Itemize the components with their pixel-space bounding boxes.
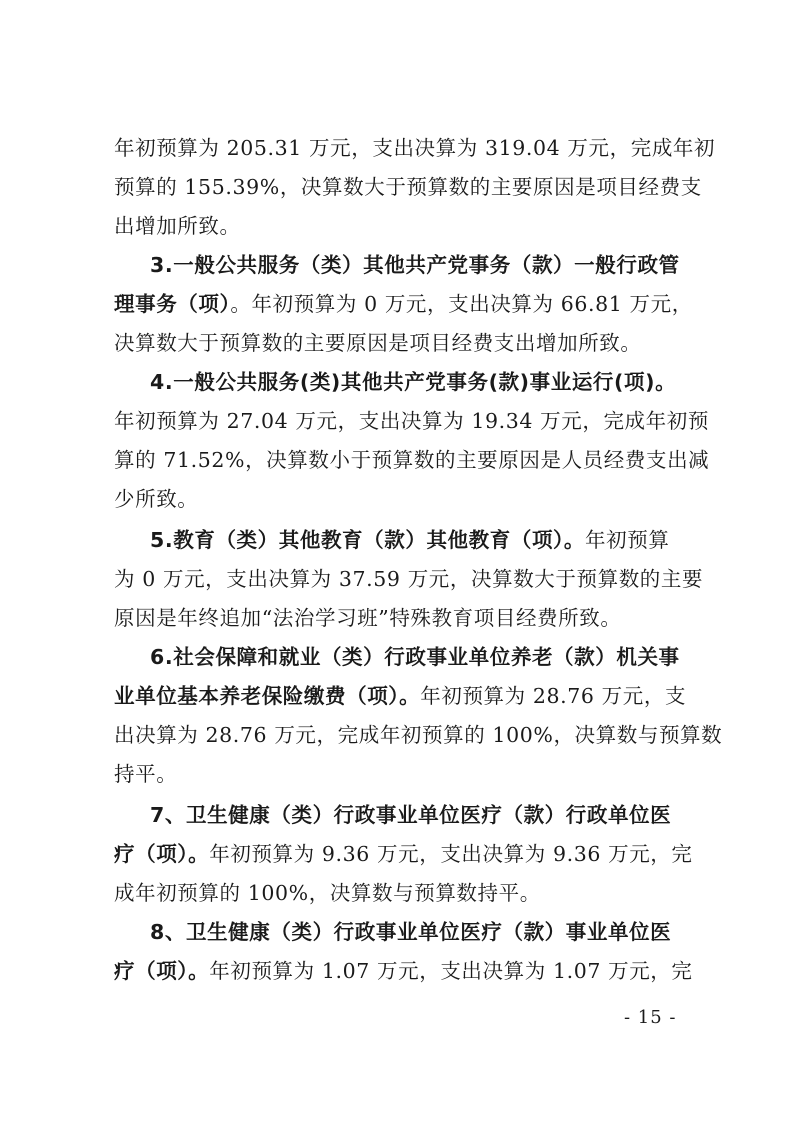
item-heading: 4.一般公共服务(类)其他共产党事务(款)事业运行(项)。: [150, 370, 676, 394]
text-line: 业单位基本养老保险缴费（项）。年初预算为 28.76 万元，支: [114, 682, 684, 710]
item-heading: 疗（项）。: [114, 959, 209, 983]
body-text: 决算数大于预算数的主要原因是项目经费支出增加所致。: [114, 331, 642, 355]
item-heading: 业单位基本养老保险缴费（项）。: [114, 684, 420, 708]
text-line: 4.一般公共服务(类)其他共产党事务(款)事业运行(项)。: [150, 368, 684, 396]
text-line: 年初预算为 205.31 万元，支出决算为 319.04 万元，完成年初: [114, 134, 684, 162]
text-line: 预算的 155.39%，决算数大于预算数的主要原因是项目经费支: [114, 173, 684, 201]
item-heading: 疗（项）。: [114, 842, 209, 866]
text-line: 少所致。: [114, 485, 684, 513]
text-line: 8、卫生健康（类）行政事业单位医疗（款）事业单位医: [150, 918, 684, 946]
body-text: 出增加所致。: [114, 214, 241, 238]
body-text: 原因是年终追加“法治学习班”特殊教育项目经费所致。: [114, 606, 621, 630]
item-heading: 7、卫生健康（类）行政事业单位医疗（款）行政单位医: [150, 803, 671, 827]
body-text: 少所致。: [114, 487, 198, 511]
text-line: 疗（项）。年初预算为 1.07 万元，支出决算为 1.07 万元，完: [114, 957, 684, 985]
body-text: 年初预算为 28.76 万元，支: [420, 684, 686, 708]
text-line: 原因是年终追加“法治学习班”特殊教育项目经费所致。: [114, 604, 684, 632]
text-line: 理事务（项）。年初预算为 0 万元，支出决算为 66.81 万元，: [114, 290, 684, 318]
body-text: 年初预算为 9.36 万元，支出决算为 9.36 万元，完: [209, 842, 692, 866]
body-text: 年初预算为 27.04 万元，支出决算为 19.34 万元，完成年初预: [114, 409, 709, 433]
body-text: 。年初预算为 0 万元，支出决算为 66.81 万元，: [230, 292, 693, 316]
text-line: 出增加所致。: [114, 212, 684, 240]
item-heading: 理事务（项）: [114, 292, 230, 316]
text-line: 6.社会保障和就业（类）行政事业单位养老（款）机关事: [150, 643, 684, 671]
body-text: 预算的 155.39%，决算数大于预算数的主要原因是项目经费支: [114, 175, 702, 199]
text-line: 持平。: [114, 760, 684, 788]
text-line: 算的 71.52%，决算数小于预算数的主要原因是人员经费支出减: [114, 446, 684, 474]
document-page: 年初预算为 205.31 万元，支出决算为 319.04 万元，完成年初 预算的…: [0, 0, 793, 1122]
body-text: 成年初预算的 100%，决算数与预算数持平。: [114, 881, 541, 905]
text-line: 为 0 万元，支出决算为 37.59 万元，决算数大于预算数的主要: [114, 565, 684, 593]
page-number: - 15 -: [624, 1006, 677, 1030]
item-heading: 5.教育（类）其他教育（款）其他教育（项）。: [150, 528, 585, 552]
item-heading: 8、卫生健康（类）行政事业单位医疗（款）事业单位医: [150, 920, 671, 944]
body-text: 出决算为 28.76 万元，完成年初预算的 100%，决算数与预算数: [114, 723, 722, 747]
text-line: 年初预算为 27.04 万元，支出决算为 19.34 万元，完成年初预: [114, 407, 684, 435]
item-heading: 3.一般公共服务（类）其他共产党事务（款）一般行政管: [150, 253, 680, 277]
text-line: 疗（项）。年初预算为 9.36 万元，支出决算为 9.36 万元，完: [114, 840, 684, 868]
text-line: 3.一般公共服务（类）其他共产党事务（款）一般行政管: [150, 251, 684, 279]
body-text: 年初预算: [585, 528, 669, 552]
body-text: 持平。: [114, 762, 177, 786]
text-line: 成年初预算的 100%，决算数与预算数持平。: [114, 879, 684, 907]
text-line: 7、卫生健康（类）行政事业单位医疗（款）行政单位医: [150, 801, 684, 829]
text-line: 5.教育（类）其他教育（款）其他教育（项）。年初预算: [150, 526, 684, 554]
body-text: 年初预算为 205.31 万元，支出决算为 319.04 万元，完成年初: [114, 136, 715, 160]
text-line: 决算数大于预算数的主要原因是项目经费支出增加所致。: [114, 329, 684, 357]
item-heading: 6.社会保障和就业（类）行政事业单位养老（款）机关事: [150, 645, 680, 669]
text-line: 出决算为 28.76 万元，完成年初预算的 100%，决算数与预算数: [114, 721, 684, 749]
body-text: 年初预算为 1.07 万元，支出决算为 1.07 万元，完: [209, 959, 692, 983]
body-text: 算的 71.52%，决算数小于预算数的主要原因是人员经费支出减: [114, 448, 709, 472]
body-text: 为 0 万元，支出决算为 37.59 万元，决算数大于预算数的主要: [114, 567, 703, 591]
